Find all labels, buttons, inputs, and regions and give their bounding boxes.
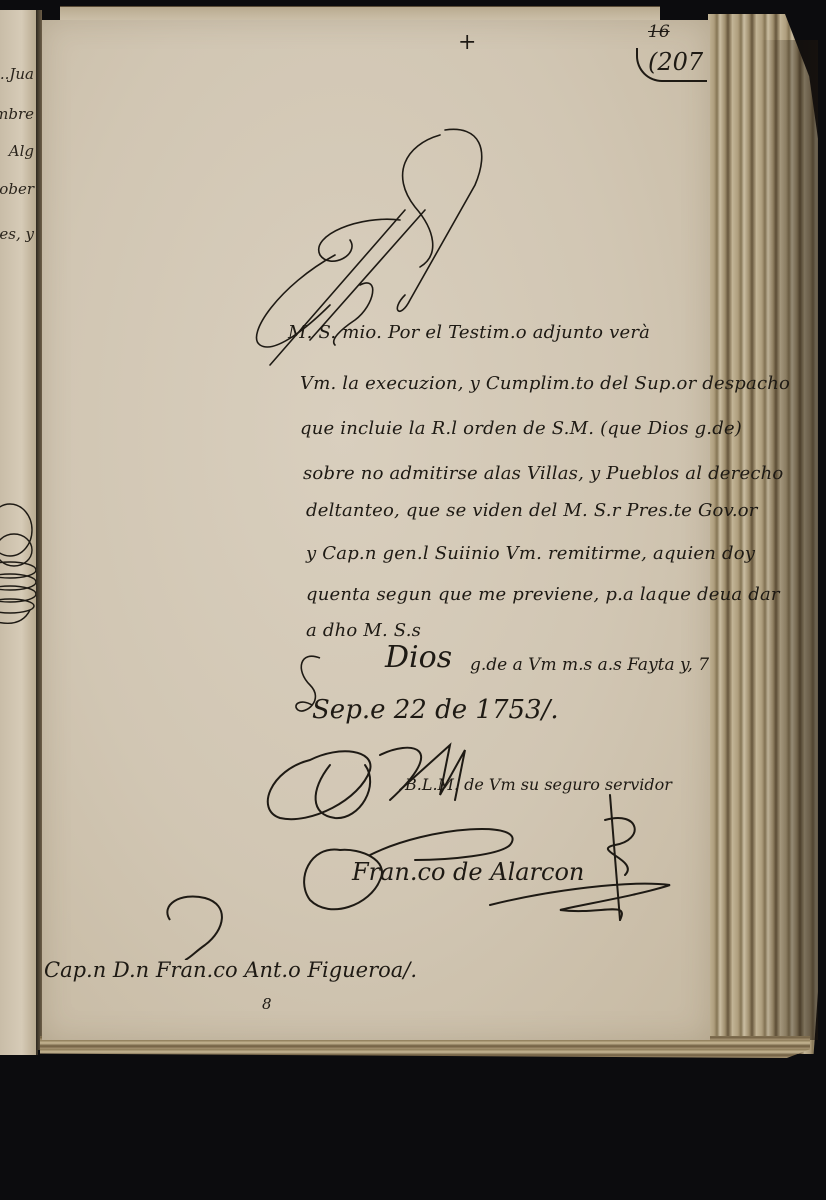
left-page-fragment: Gober bbox=[0, 180, 34, 198]
body-line: y Cap.n gen.l Suiinio Vm. remitirme, aqu… bbox=[306, 543, 755, 564]
left-facing-page: ..Jua ..mbre Alg Gober ..es, y bbox=[0, 10, 38, 1055]
document-photograph: ..Jua ..mbre Alg Gober ..es, y + 16 (207 bbox=[0, 0, 826, 1200]
body-line: Vm. la execuzion, y Cumplim.to del Sup.o… bbox=[300, 373, 790, 394]
body-line: a dho M. S.s bbox=[306, 620, 421, 641]
signature-formula: B.L.M. de Vm su seguro servidor bbox=[405, 775, 672, 794]
body-line: quenta segun que me previene, p.a laque … bbox=[306, 584, 780, 605]
body-line: que incluie la R.l orden de S.M. (que Di… bbox=[300, 418, 742, 439]
body-line: M. S. mio. Por el Testim.o adjunto verà bbox=[288, 322, 650, 343]
body-line: deltanteo, que se viden del M. S.r Pres.… bbox=[306, 500, 758, 521]
left-page-fragment: ..es, y bbox=[0, 225, 34, 243]
signature-name: Fran.co de Alarcon bbox=[352, 858, 584, 886]
left-page-fragment: ..Jua bbox=[0, 65, 34, 83]
body-line: sobre no admitirse alas Villas, y Pueblo… bbox=[303, 463, 783, 484]
addressee-line: Cap.n D.n Fran.co Ant.o Figueroa/. bbox=[44, 958, 417, 982]
addressee-flourish bbox=[150, 890, 250, 960]
folio-number-new: (207 bbox=[636, 48, 707, 82]
left-page-fragment: Alg bbox=[9, 142, 34, 160]
left-page-fragment: ..mbre bbox=[0, 105, 34, 123]
addressee-mark: 8 bbox=[262, 995, 272, 1013]
closing-blessing: g.de a Vm m.s a.s Fayta y, 7 bbox=[470, 655, 709, 675]
left-page-signature-flourish bbox=[0, 490, 36, 650]
top-cross-mark: + bbox=[458, 30, 476, 55]
signature-rubric bbox=[250, 730, 720, 940]
page-edges-shadow bbox=[760, 40, 818, 1040]
closing-dios: Dios bbox=[385, 640, 452, 675]
closing-date: Sep.e 22 de 1753/. bbox=[312, 695, 559, 725]
folio-number-old: 16 bbox=[648, 22, 670, 42]
